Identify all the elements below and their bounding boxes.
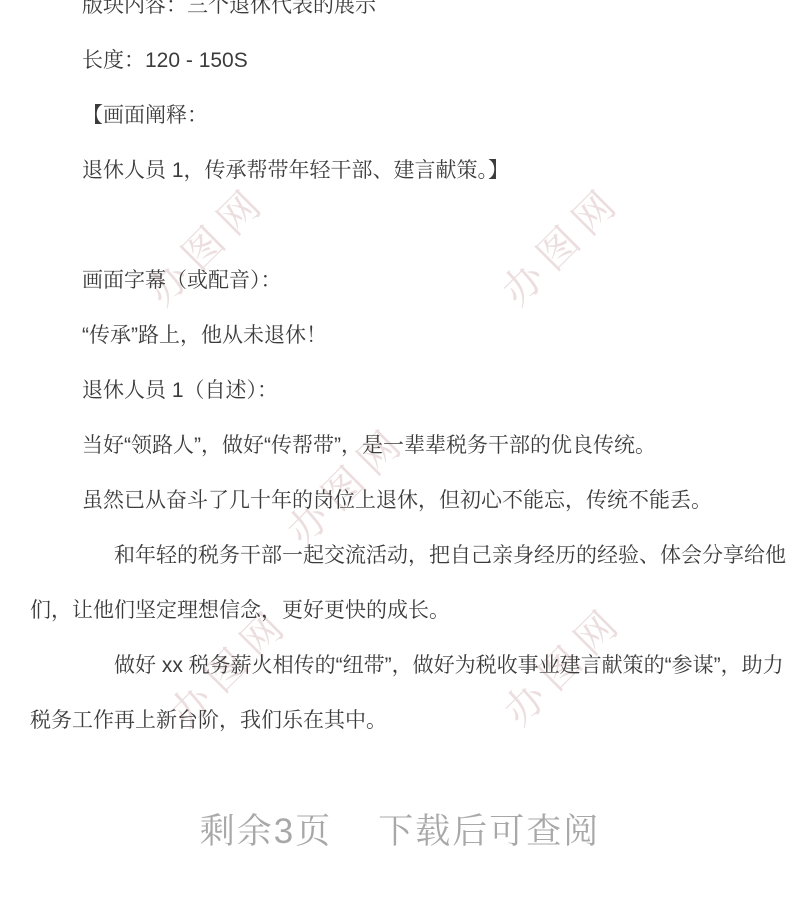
doc-line-length: 长度：120 - 150S — [0, 33, 800, 88]
doc-line-speaker-label: 退休人员 1（自述）： — [0, 363, 800, 418]
doc-line-paragraph-3b: 们，让他们坚定理想信念，更好更快的成长。 — [0, 583, 800, 638]
document-body: 版块内容：三个退休代表的展示 长度：120 - 150S 【画面阐释： 退休人员… — [0, 0, 800, 748]
doc-line-slogan: “传承”路上，他从未退休！ — [0, 308, 800, 363]
doc-line-scene-note: 退休人员 1，传承帮带年轻干部、建言献策。】 — [0, 143, 800, 198]
download-hint-label: 下载后可查阅 — [378, 804, 600, 854]
doc-line-section-content: 版块内容：三个退休代表的展示 — [0, 0, 800, 33]
doc-line-paragraph-2: 虽然已从奋斗了几十年的岗位上退休，但初心不能忘，传统不能丢。 — [0, 473, 800, 528]
preview-footer: 剩余3页 下载后可查阅 — [0, 804, 800, 854]
pages-remaining-label: 剩余3页 — [200, 804, 332, 854]
doc-line-scene-note-open: 【画面阐释： — [0, 88, 800, 143]
doc-line-paragraph-3a: 和年轻的税务干部一起交流活动，把自己亲身经历的经验、体会分享给他 — [0, 528, 800, 583]
doc-line-blank — [0, 198, 800, 253]
doc-line-subtitle-label: 画面字幕（或配音）： — [0, 253, 800, 308]
doc-line-paragraph-4a: 做好 xx 税务薪火相传的“纽带”，做好为税收事业建言献策的“参谋”，助力 — [0, 638, 800, 693]
doc-line-paragraph-1: 当好“领路人”，做好“传帮带”，是一辈辈税务干部的优良传统。 — [0, 418, 800, 473]
doc-line-paragraph-4b: 税务工作再上新台阶，我们乐在其中。 — [0, 693, 800, 748]
